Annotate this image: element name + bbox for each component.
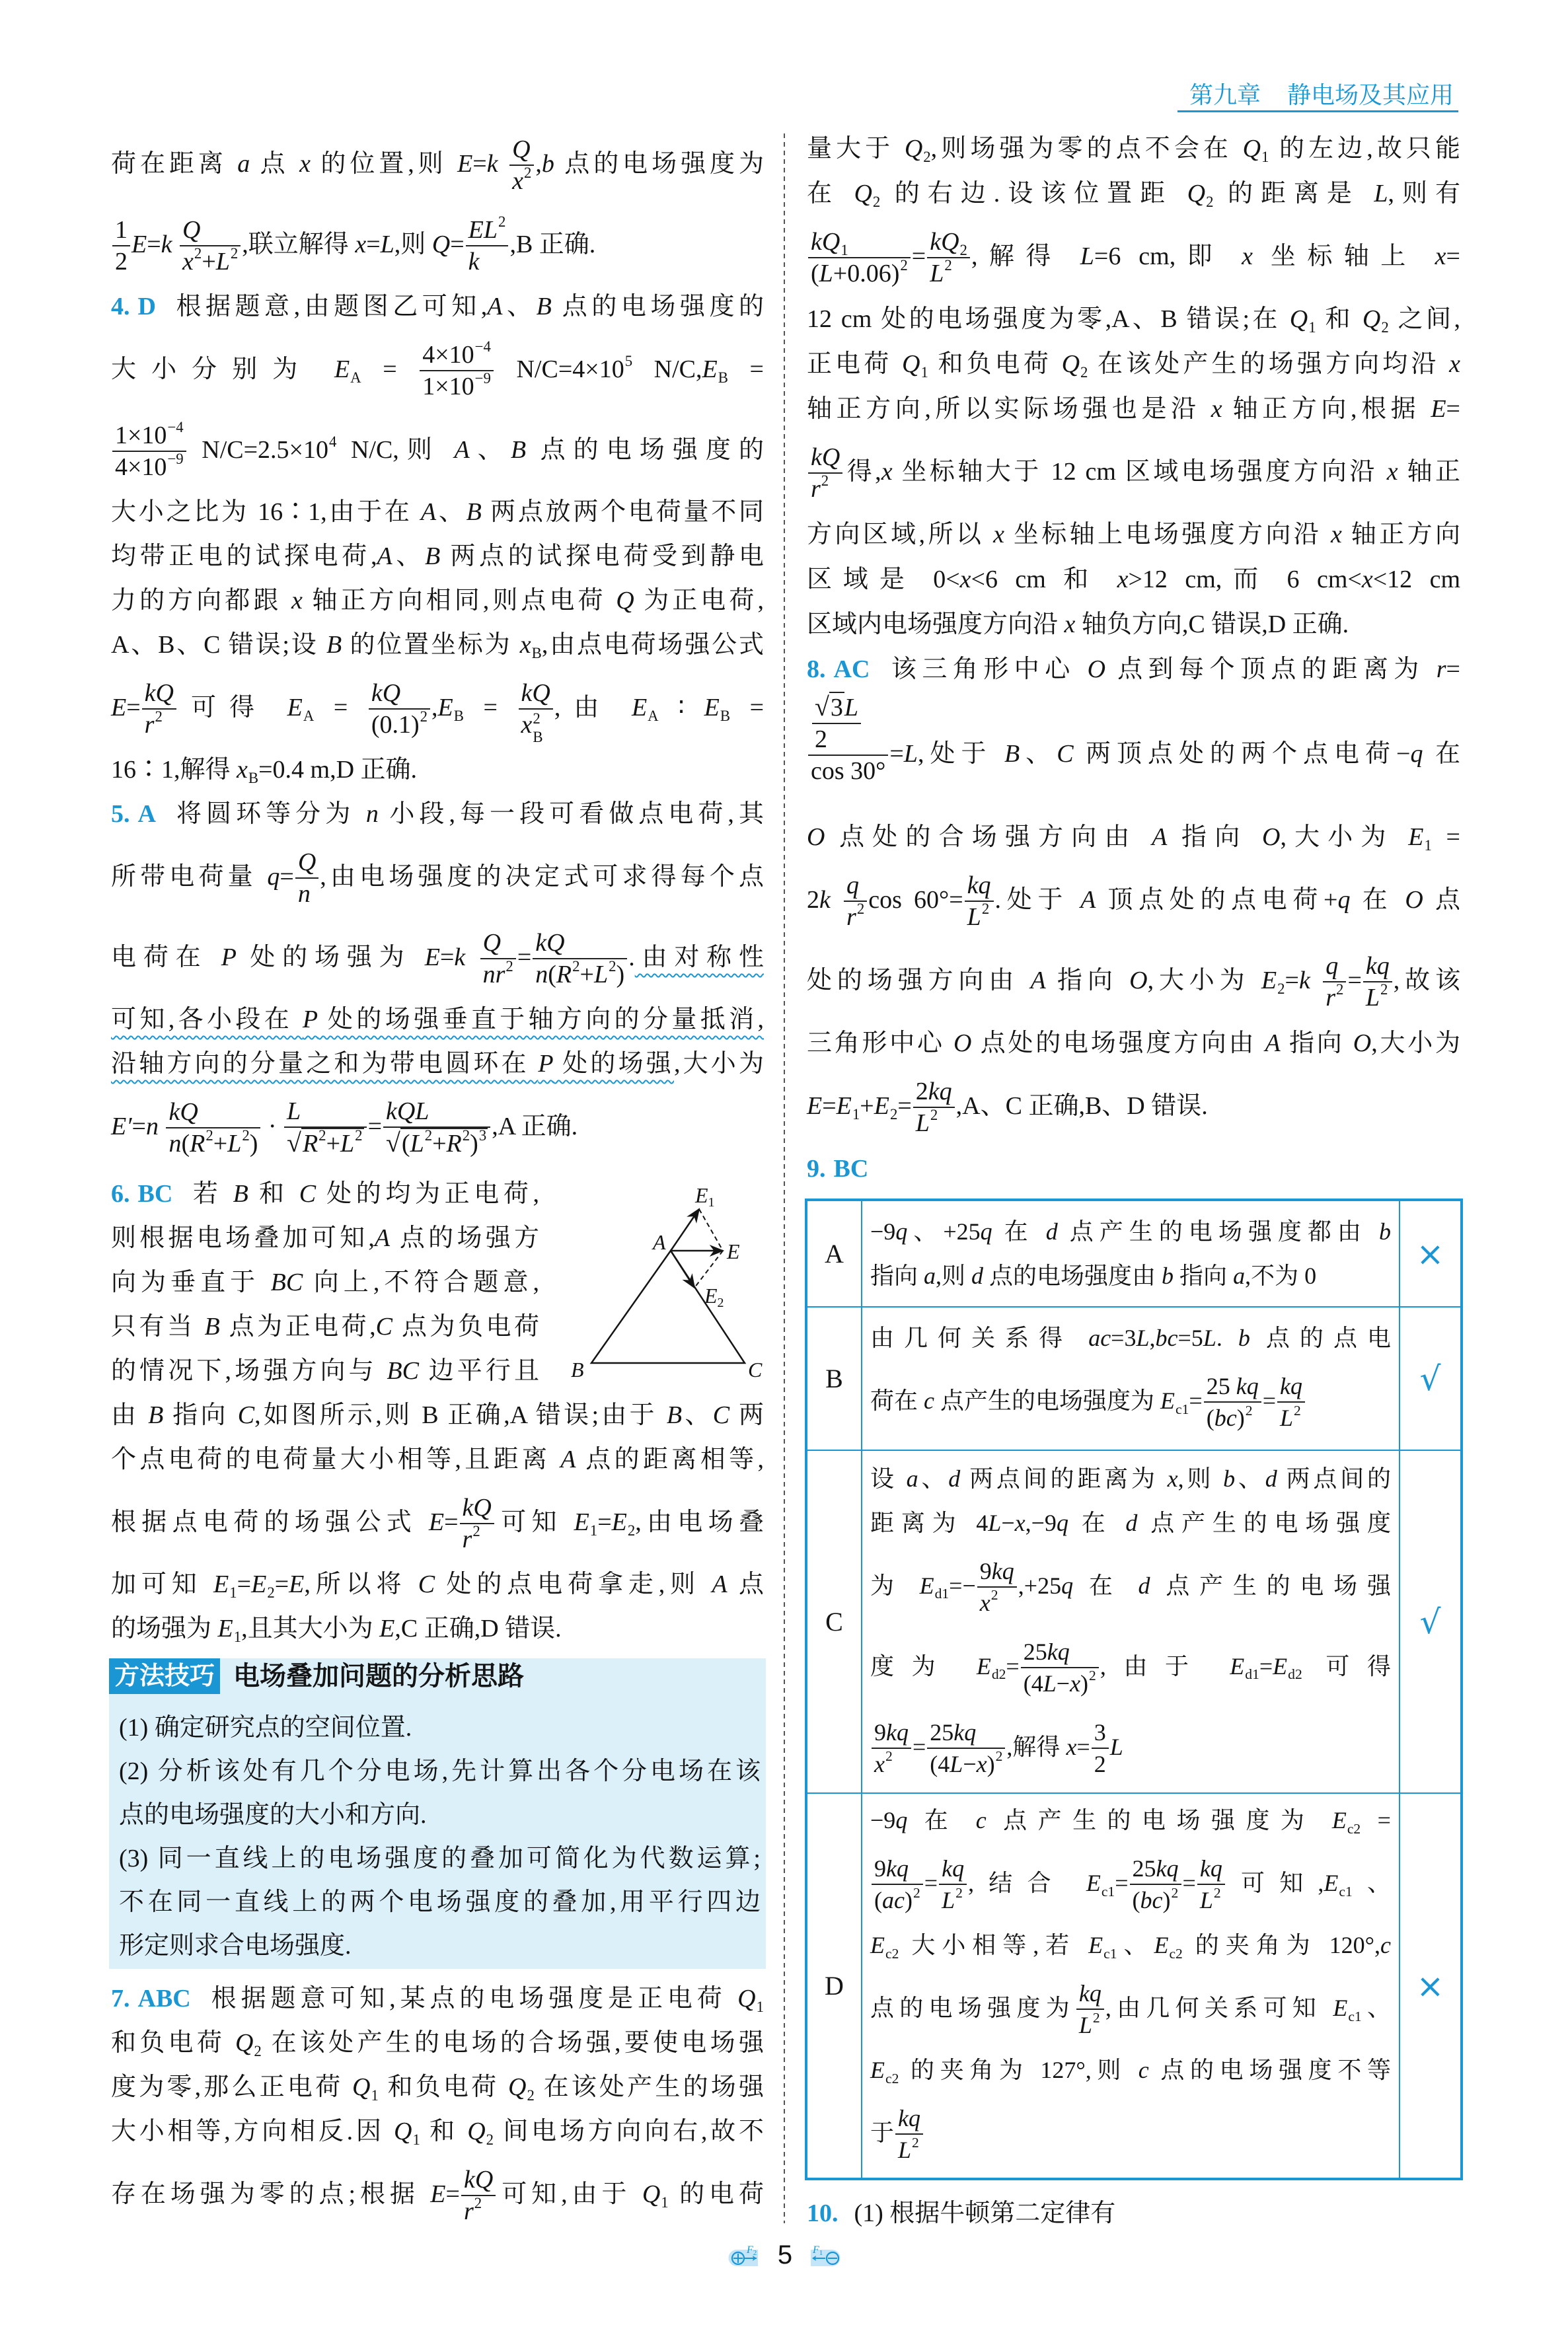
math-term: Q2 <box>1187 180 1214 207</box>
text-line: 处的场强方向由 A 指向 O,大小为 E2=k qr2=kqL2,故该 <box>807 940 1460 1021</box>
text-run: ,A、C 正确,B、D 错误. <box>956 1092 1208 1120</box>
text-line: −9q、+25q 在 d 点产生的电场强度都由 b <box>870 1210 1391 1254</box>
math-variable: Q <box>352 2073 370 2101</box>
inline-group: 的场强为 E1,且其大小为 E,C 正确,D 错误. <box>111 1615 562 1642</box>
math-term: a <box>1233 1263 1245 1289</box>
math-term: A <box>1080 886 1096 914</box>
math-variable: E <box>131 231 147 258</box>
text-line: kQr2得,x 坐标轴大于 12 cm 区域电场强度方向沿 x 轴正 <box>807 431 1460 512</box>
fraction: Qx2+L2 <box>180 215 241 277</box>
text-run: ,大小为 <box>1148 967 1261 994</box>
text-run: 坐标轴上电场强度方向沿 <box>1004 521 1331 548</box>
math-term: EB <box>438 694 464 721</box>
text-line: 9.BC <box>807 1146 1460 1191</box>
fraction: Qn <box>295 847 318 909</box>
math-variable: kQ <box>168 1098 198 1126</box>
fraction: 9kq(ac)2 <box>872 1853 923 1915</box>
math-term: r2 <box>811 475 829 503</box>
option-label: A <box>806 1200 862 1307</box>
math-term: x <box>960 566 971 593</box>
fraction: kQ(0.1)2 <box>369 678 430 740</box>
fraction-denominator: r2 <box>142 710 176 740</box>
text-line: 于kqL2 <box>870 2092 1391 2173</box>
text-run: (1) 确定研究点的空间位置. <box>119 1714 412 1742</box>
text-run: 大小相等,若 <box>899 1932 1088 1958</box>
math-variable: r <box>1437 655 1446 683</box>
text-run: 根据题意可知,某点的电场强度是正电荷 <box>207 1985 737 2012</box>
text-run: 力的方向都跟 <box>111 587 291 614</box>
triangle-field-diagram: E1 A E E2 B C <box>539 1172 764 1393</box>
option-analysis: 设 a、d 两点间的距离为 x,则 b、d 两点间的距离为 4L−x,−9q 在… <box>862 1450 1400 1793</box>
math-variable: x <box>993 521 1004 548</box>
e2-arrow-icon <box>671 1251 694 1288</box>
math-variable: bc <box>1140 1887 1163 1913</box>
math-variable: kQ <box>811 443 840 471</box>
fraction-numerator: Q <box>509 134 534 166</box>
text-line: 9kqx2=25kq(4L−x)2,解得 x=32L <box>870 1707 1391 1787</box>
math-variable: nr <box>483 961 505 988</box>
text-run: 点的电场强度的 <box>552 293 764 320</box>
math-term: kq <box>1079 1980 1101 2007</box>
text-run: 荷在距离 <box>111 150 237 178</box>
text-run: 的右边.设该位置距 <box>880 180 1187 207</box>
math-term: E1 <box>574 1508 598 1536</box>
text-run: 在该处产生的场强方向均沿 <box>1088 350 1449 378</box>
fraction-denominator: L2 <box>1363 982 1392 1013</box>
math-term: EB <box>702 355 728 383</box>
math-term: x <box>1242 242 1253 270</box>
fraction: 32 <box>1092 1717 1109 1779</box>
math-variable: Q <box>1187 180 1205 207</box>
math-term: O <box>1088 655 1105 683</box>
math-term: kQ <box>463 1494 492 1522</box>
math-term: L2 <box>942 1887 963 1913</box>
math-variable: kQ <box>930 228 959 256</box>
math-term: kQ <box>168 1098 198 1126</box>
text-run: 点产生的电场强度为 <box>934 1387 1160 1414</box>
superscript: 2 <box>609 958 616 975</box>
text-run: 轴负方向,C 错误,D 正确. <box>1075 610 1349 638</box>
math-term: kq <box>1156 1855 1179 1882</box>
math-variable: L <box>1080 242 1094 270</box>
math-term: E <box>429 1508 444 1536</box>
text-line: 的场强为 E1,且其大小为 E,C 正确,D 错误. <box>111 1607 764 1651</box>
text-run: = <box>132 1113 146 1140</box>
math-term: L2 <box>1366 984 1388 1012</box>
inline-group: E=E1+E2=2kqL2,A、C 正确,B、D 错误. <box>807 1092 1208 1120</box>
superscript: 2 <box>857 901 864 917</box>
svg-text:F2: F2 <box>746 2244 757 2257</box>
math-term: E <box>468 216 484 244</box>
math-number: 4×10 <box>115 453 167 481</box>
subscript: 1 <box>229 1584 237 1601</box>
text-run: 点的电场强度为 <box>870 1995 1075 2021</box>
answer-key: D <box>138 293 156 320</box>
math-number: ) <box>905 1887 913 1913</box>
math-term: C <box>713 1401 729 1429</box>
math-variable: C <box>238 1401 254 1429</box>
math-variable: r <box>145 711 155 739</box>
math-variable: c <box>924 1387 934 1414</box>
math-variable: E′ <box>111 1113 132 1140</box>
math-term: E1 <box>1408 823 1432 851</box>
math-term: R2 <box>447 1130 470 1158</box>
math-variable: R <box>190 1130 205 1158</box>
math-variable: q <box>981 1218 992 1245</box>
math-term: O <box>1405 886 1423 914</box>
math-variable: E <box>1431 395 1446 423</box>
fraction-denominator: r2 <box>461 2196 496 2227</box>
text-run: 小段,每一段可看做点电荷,其 <box>379 800 764 828</box>
math-variable: A <box>1152 823 1167 851</box>
math-variable: P <box>221 943 237 971</box>
question-label: 4.D <box>111 293 156 320</box>
text-line: 荷在 c 点产生的电场强度为 Ec1=25 kq(bc)2=kqL2 <box>870 1360 1391 1441</box>
math-term: E2 <box>612 1508 636 1536</box>
text-run: 顶点处的点电荷+ <box>1096 886 1337 914</box>
inline-group: (4L−x)2 <box>930 1751 1002 1777</box>
inline-group: A、B、C 错误;设 B 的位置坐标为 xB,由点电荷场强公式 <box>111 631 764 659</box>
text-line: (1) 确定研究点的空间位置. <box>119 1706 761 1750</box>
math-variable: d <box>1125 1510 1137 1536</box>
fraction-numerator: kQL <box>383 1096 490 1128</box>
math-term: L2 <box>1079 2012 1100 2038</box>
question-label: 5.A <box>111 800 156 828</box>
subscript: 1 <box>412 2131 420 2148</box>
math-variable: A <box>375 1224 390 1252</box>
text-run: 、 <box>1353 1870 1391 1896</box>
inline-group: √3L2cos 30°=L,处于 B、C 两顶点处的两个点电荷−q 在 <box>807 740 1460 768</box>
math-term: x <box>1435 242 1446 270</box>
math-term: E <box>379 1615 394 1642</box>
text-run: 的位置坐标为 <box>342 631 520 659</box>
math-variable: E <box>837 1092 852 1120</box>
text-line: 点的电场强度为kqL2,由几何关系可知 Ec1、 <box>870 1968 1391 2048</box>
math-term: E <box>430 2180 445 2208</box>
math-variable: q <box>1057 1510 1068 1536</box>
superscript: 2 <box>231 245 238 262</box>
math-variable: bc <box>1156 1325 1178 1351</box>
math-term: kq <box>1236 1373 1259 1399</box>
text-run: 个点电荷的电荷量大小相等,且距离 <box>111 1446 560 1473</box>
math-term: a <box>924 1263 936 1289</box>
text-run: 由 <box>111 1401 148 1429</box>
math-variable: x <box>521 711 533 739</box>
math-variable: Q <box>298 848 316 876</box>
text-run: = <box>730 694 764 721</box>
radicand: 3 <box>829 692 844 721</box>
math-term: x <box>1362 566 1373 593</box>
math-number: ) <box>987 1751 995 1777</box>
fraction: kQL√(L2+R2)3 <box>383 1096 490 1159</box>
fraction-denominator: L2 <box>965 902 994 932</box>
text-run: 轴正 <box>1398 458 1460 486</box>
text-run: 正电荷 <box>807 350 902 378</box>
math-term: E <box>289 1570 304 1598</box>
option-analysis: −9q、+25q 在 d 点产生的电场强度都由 b指向 a,则 d 点的电场强度… <box>862 1200 1400 1307</box>
text-run: = <box>1183 1870 1196 1896</box>
inline-group: 处的场强方向由 A 指向 O,大小为 E2=k qr2=kqL2,故该 <box>807 967 1460 994</box>
wavy-underline-emphasis: 可知,各小段在 P 处的场强垂直于轴方向的分量抵消, <box>111 1006 764 1033</box>
text-line: 轴正方向,所以实际场强也是沿 x 轴正方向,根据 E= <box>807 387 1460 431</box>
cross-mark-icon: × <box>1400 1200 1462 1307</box>
text-run: 点到每个顶点的距离为 <box>1105 655 1437 683</box>
superscript: 2 <box>996 1748 1003 1764</box>
text-run: 则根据电场叠加可知, <box>111 1224 375 1252</box>
math-variable: r <box>464 2197 474 2225</box>
text-run: 在 <box>992 1218 1046 1245</box>
text-run: =0.4 m,D 正确. <box>258 756 417 784</box>
math-variable: x <box>1168 1465 1178 1492</box>
inline-group: 9kq <box>874 1719 909 1746</box>
text-run: 点为正电荷, <box>220 1313 376 1341</box>
math-term: C <box>376 1313 392 1341</box>
math-variable: c <box>1380 1932 1391 1958</box>
text-line: 5.A将圆环等分为 n 小段,每一段可看做点电荷,其 <box>111 792 764 836</box>
math-term: r2 <box>1325 984 1343 1012</box>
table-row-option-c: C 设 a、d 两点间的距离为 x,则 b、d 两点间的距离为 4L−x,−9q… <box>806 1450 1462 1793</box>
text-line: 量大于 Q2,则场强为零的点不会在 Q1 的左边,故只能 <box>807 126 1460 171</box>
radicand: R2+L2 <box>301 1128 364 1158</box>
math-term: n <box>146 1113 159 1140</box>
math-term: L2 <box>916 1109 938 1137</box>
math-variable: kq <box>886 1855 909 1882</box>
math-variable: E <box>1408 823 1423 851</box>
math-term: E1 <box>213 1570 237 1598</box>
superscript: 5 <box>625 353 632 369</box>
math-variable: Q <box>512 135 530 163</box>
text-run: .处于 <box>995 886 1081 914</box>
fraction: Qx2 <box>509 134 534 196</box>
text-line: 加可知 E1=E2=E,所以将 C 处的点电荷拿走,则 A 点 <box>111 1563 764 1607</box>
text-run: 2 <box>916 1078 928 1105</box>
math-variable: x <box>1211 395 1222 423</box>
inline-group: 区域是 0<x<6 cm 和 x>12 cm,而 6 cm<x<12 cm <box>807 566 1460 593</box>
text-run: ,所以将 <box>304 1570 418 1598</box>
math-term: kQL <box>386 1097 429 1125</box>
inline-group: 轴正方向,所以实际场强也是沿 x 轴正方向,根据 E= <box>807 395 1460 423</box>
math-term: EA <box>334 355 361 383</box>
text-run: = <box>1446 395 1460 423</box>
fraction: √3L2cos 30° <box>808 692 888 786</box>
math-term: L <box>1080 242 1094 270</box>
math-term: C <box>238 1401 254 1429</box>
fraction-denominator: √(L2+R2)3 <box>383 1128 490 1159</box>
inline-group: 12 cm 处的电场强度为零,A、B 错误;在 Q1 和 Q2 之间, <box>807 305 1460 333</box>
text-line: 可知,各小段在 P 处的场强垂直于轴方向的分量抵消, <box>111 998 764 1042</box>
subscript: d2 <box>992 1666 1006 1682</box>
math-term: P <box>221 943 237 971</box>
math-variable: Q <box>854 180 872 207</box>
math-variable: E <box>1261 967 1277 994</box>
fraction-numerator: kQ2 <box>927 227 970 258</box>
fraction-denominator: (4L−x)2 <box>1021 1668 1099 1699</box>
inline-group: 则根据电场叠加可知,A 点的场强方 <box>111 1224 539 1252</box>
fraction: 4×10−41×10−9 <box>420 340 494 402</box>
math-term: b <box>1223 1465 1235 1492</box>
fraction-denominator: x2 <box>509 166 534 196</box>
math-variable: L <box>227 1130 241 1158</box>
math-term: q <box>895 1807 907 1833</box>
math-variable: E <box>334 355 350 383</box>
math-term: L <box>988 1510 1001 1536</box>
math-variable: Q <box>394 2118 412 2145</box>
fraction-denominator: r2 <box>844 902 867 932</box>
fraction: kQ2L2 <box>927 227 970 289</box>
fraction-denominator: (L+0.06)2 <box>808 258 911 289</box>
fraction-denominator: L2 <box>1277 1403 1305 1433</box>
inline-group: 10.(1) 根据牛顿第二定律有 <box>807 2199 1115 2227</box>
fraction: 25 kq(bc)2 <box>1204 1371 1261 1433</box>
text-run: + <box>432 1130 446 1158</box>
math-term: q <box>1325 952 1338 980</box>
math-term: kq <box>1200 1855 1222 1882</box>
text-run: ,则场强为零的点不会在 <box>931 135 1243 163</box>
math-variable: x <box>355 231 366 258</box>
math-variable: A <box>377 542 392 570</box>
math-term: Q2 <box>1062 350 1088 378</box>
chapter-title: 静电场及其应用 <box>1287 81 1454 108</box>
text-line: 形定则求合电场强度. <box>119 1924 761 1968</box>
math-term: Q1 <box>1243 135 1269 163</box>
text-run: =− <box>949 1572 976 1599</box>
text-run: 16∶1,解得 <box>111 756 237 784</box>
math-variable: L <box>1203 1325 1216 1351</box>
math-variable: k <box>487 150 498 178</box>
math-term: n <box>298 880 311 908</box>
text-run: 轴正方向,所以实际场强也是沿 <box>807 395 1211 423</box>
text-run: 三角形中心 <box>807 1029 953 1057</box>
math-variable: kq <box>1280 1373 1302 1399</box>
math-number: 10 <box>303 436 328 464</box>
text-run: 、 <box>1362 1995 1391 2021</box>
subscript: 2 <box>873 194 880 210</box>
subscript: B <box>718 369 728 386</box>
math-variable: C <box>713 1401 729 1429</box>
text-run: 的夹角为 120°, <box>1183 1932 1380 1958</box>
math-term: A <box>454 436 469 464</box>
inline-group: 指向 a,则 d 点的电场强度由 b 指向 a,不为 0 <box>870 1263 1316 1289</box>
text-run: 2 <box>1094 1751 1106 1777</box>
inline-group: 所带电荷量 q=Qn,由电场强度的决定式可求得每个点 <box>111 863 764 891</box>
text-run: = <box>597 1508 611 1536</box>
fraction: kQn(R2+L2) <box>533 928 627 990</box>
text-run: 处的均为正电荷, <box>316 1180 539 1208</box>
text-run: = <box>147 231 161 258</box>
math-term: kQ <box>811 443 840 471</box>
question-number: 8. <box>807 655 826 683</box>
math-variable: Q <box>1243 135 1261 163</box>
superscript: 2 <box>955 1885 963 1901</box>
analysis-text: −9q、+25q 在 d 点产生的电场强度都由 b指向 a,则 d 点的电场强度… <box>870 1210 1391 1298</box>
text-run: 、 <box>436 498 467 526</box>
square-root: √3 <box>815 694 844 721</box>
fraction: 9kqx2 <box>872 1717 911 1779</box>
text-run: = <box>314 694 367 721</box>
math-term: kq <box>1047 1639 1070 1665</box>
text-run: 指向 <box>870 1263 924 1289</box>
math-term: kq <box>886 1719 909 1746</box>
math-term: x2 <box>512 167 531 195</box>
fraction-numerator: √3L <box>812 692 861 724</box>
math-term: Q2 <box>854 180 880 207</box>
math-variable: kQ <box>371 679 400 707</box>
math-variable: x <box>881 458 893 486</box>
answer-q7-continued: 量大于 Q2,则场强为零的点不会在 Q1 的左边,故只能在 Q2 的右边.设该位… <box>807 126 1460 647</box>
superscript: 2 <box>1214 1885 1221 1901</box>
math-term: E <box>1431 395 1446 423</box>
text-run: − <box>1057 1670 1070 1697</box>
math-variable: kq <box>1047 1639 1070 1665</box>
math-variable: E <box>1273 1653 1287 1679</box>
method-tips-box: 方法技巧电场叠加问题的分析思路 (1) 确定研究点的空间位置. (2) 分析该处… <box>109 1658 766 1969</box>
superscript: 4 <box>329 433 336 450</box>
answer-q3-continued: 荷在距离 a 点 x 的位置,则 E=k Qx2,b 点的电场强度为12E=k … <box>111 124 764 285</box>
math-variable: E <box>870 1932 885 1958</box>
math-variable: c <box>1139 2057 1149 2083</box>
text-line: √3L2cos 30°=L,处于 B、C 两顶点处的两个点电荷−q 在 <box>807 692 1460 815</box>
text-run: 轴正方向 <box>1342 521 1460 548</box>
text-run: = <box>912 242 926 270</box>
text-line: 由几何关系得 ac=3L,bc=5L. b 点的点电 <box>870 1316 1391 1360</box>
math-variable: kQ <box>521 679 550 707</box>
text-run: 点 <box>728 1570 764 1598</box>
inline-group: 的情况下,场强方向与 BC 边平行且 <box>111 1357 539 1385</box>
math-term: kq <box>886 1855 909 1882</box>
text-line: 由 B 指向 C,如图所示,则 B 正确,A 错误;由于 B、C 两 <box>111 1393 764 1438</box>
math-term: Ec1 <box>1160 1387 1189 1414</box>
text-line: 区域是 0<x<6 cm 和 x>12 cm,而 6 cm<x<12 cm <box>807 557 1460 602</box>
fraction-denominator: 4×10−9 <box>112 452 186 482</box>
text-run: 向为垂直于 <box>111 1269 271 1296</box>
text-line: 为 Ed1=−9kqx2,+25q 在 d 点产生的电场强 <box>870 1545 1391 1626</box>
inline-group: 大小分别为 EA = 4×10−41×10−9 N/C=4×105 N/C,EB… <box>111 355 764 383</box>
math-variable: E <box>425 943 440 971</box>
text-run: ,由 <box>554 694 632 721</box>
text-run: 的电荷 <box>669 2180 764 2208</box>
text-line: 2k qr2cos 60°=kqL2.处于 A 顶点处的点电荷+q 在 O 点 <box>807 860 1460 940</box>
math-term: ac <box>1088 1325 1111 1351</box>
math-variable: L <box>1079 2012 1092 2038</box>
fraction-numerator: Q <box>480 928 516 959</box>
math-variable: C <box>376 1313 392 1341</box>
parallelogram-dashed-line <box>699 1209 723 1251</box>
math-variable: q <box>1325 952 1338 980</box>
math-term: Q2 <box>467 2118 494 2145</box>
fraction: kqL2 <box>1076 1978 1104 2040</box>
text-line: 10.(1) 根据牛顿第二定律有 <box>807 2191 1460 2236</box>
text-run: cos 60°= <box>868 886 963 914</box>
superscript: 2 <box>912 2135 919 2151</box>
math-number: 10 <box>599 355 624 383</box>
math-variable: E <box>218 1615 233 1642</box>
question-number: 7. <box>111 1985 130 2012</box>
inline-group: −9q、+25q 在 d 点产生的电场强度都由 b <box>870 1218 1391 1245</box>
math-variable: C <box>1057 740 1073 768</box>
inline-group: kQ1(L+0.06)2=kQ2L2,解得 L=6 cm,即 x 坐标轴上 x= <box>807 242 1460 270</box>
math-term: L <box>844 694 858 721</box>
math-term: B <box>667 1401 682 1429</box>
inline-group: kQr2得,x 坐标轴大于 12 cm 区域电场强度方向沿 x 轴正 <box>807 458 1460 486</box>
text-run: 均带正电的试探电荷, <box>111 542 377 570</box>
math-term: x2 <box>874 1751 893 1777</box>
text-run: 9 <box>874 1719 886 1746</box>
text-run: − <box>963 1751 976 1777</box>
math-term: L2 <box>594 961 616 988</box>
superscript: 2 <box>498 213 505 230</box>
math-variable: b <box>542 150 554 178</box>
text-run: . <box>628 943 635 971</box>
